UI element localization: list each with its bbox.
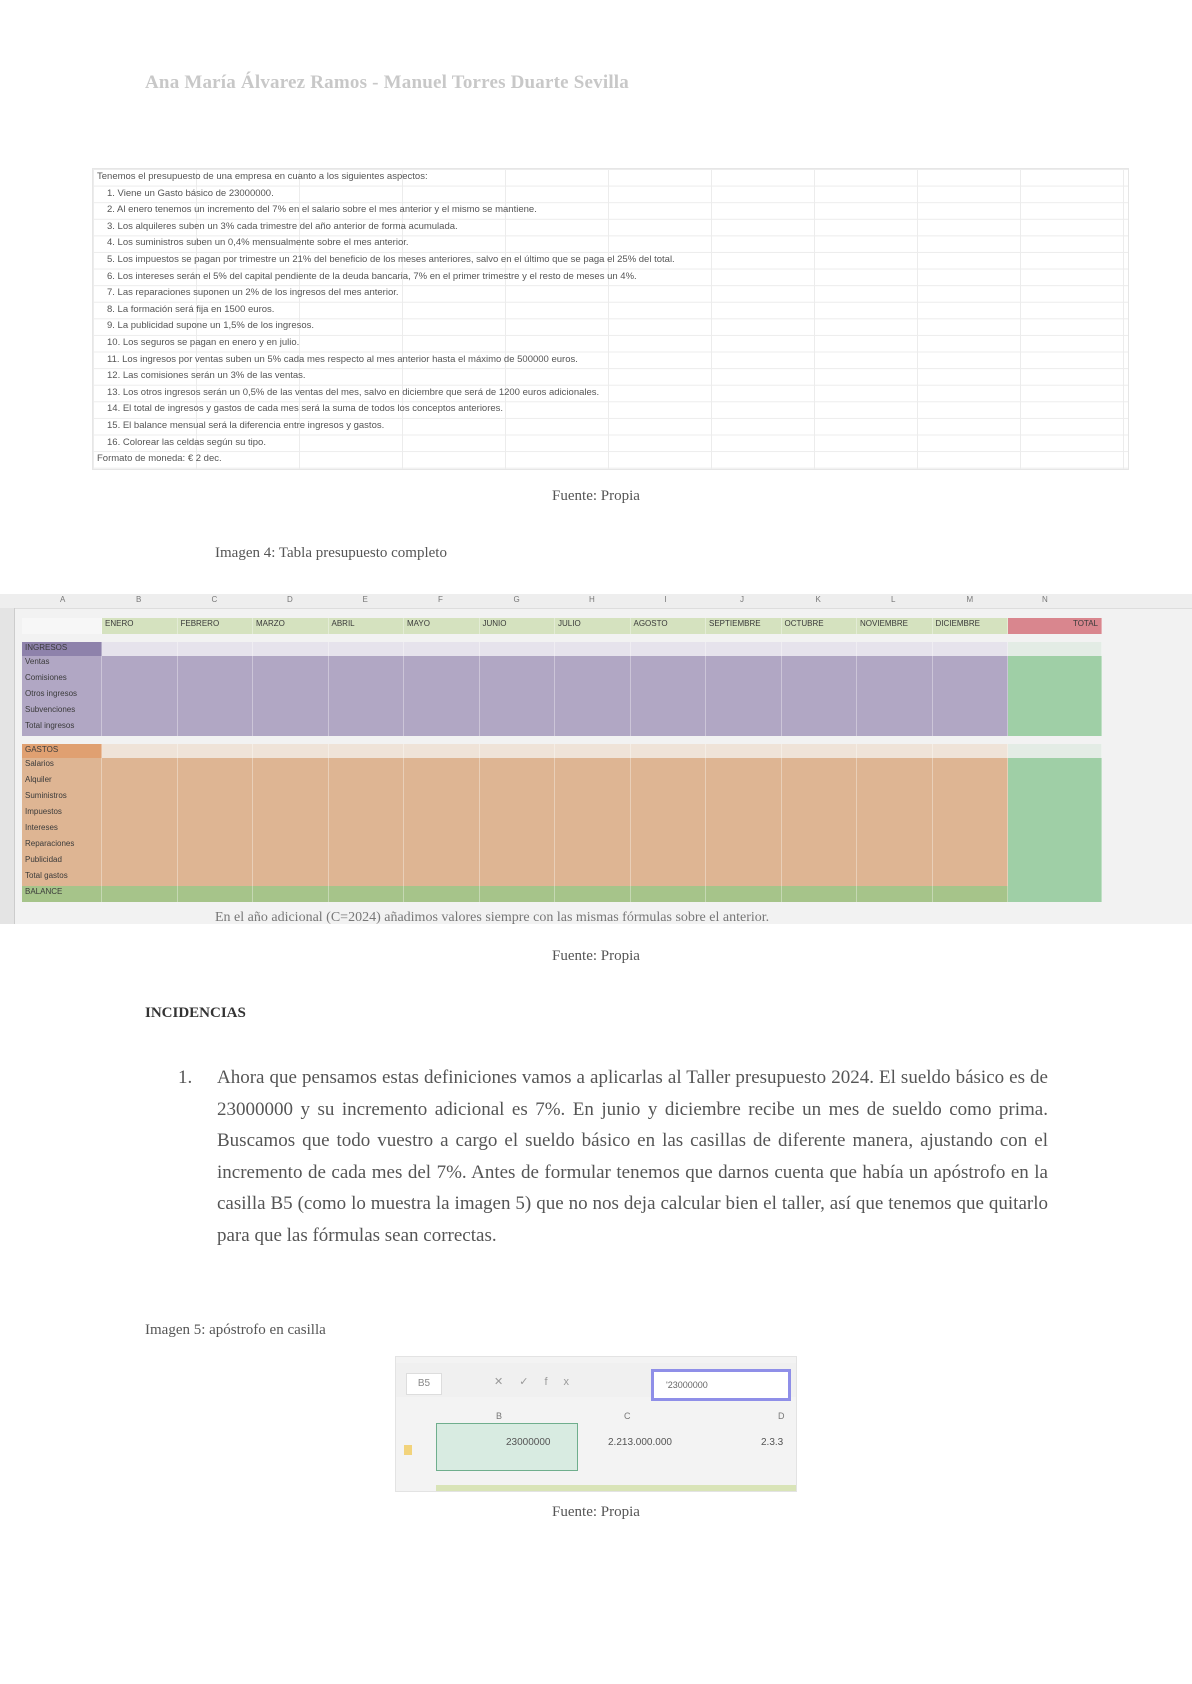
figure-source-caption: Fuente: Propia [0, 1504, 1192, 1521]
table-cell [178, 758, 254, 774]
table-cell [706, 790, 782, 806]
column-letter: K [816, 595, 821, 604]
table-cell [253, 656, 329, 672]
row-label: Reparaciones [22, 838, 102, 854]
table-cell [933, 774, 1009, 790]
table-cell [102, 656, 178, 672]
table-cell [253, 886, 329, 902]
table-cell [706, 656, 782, 672]
table-cell [178, 704, 254, 720]
table-cell [706, 886, 782, 902]
rule-line: 4. Los suministros suben un 0,4% mensual… [107, 237, 409, 249]
table-cell [555, 854, 631, 870]
rule-line: Formato de moneda: € 2 dec. [97, 453, 222, 465]
apostrophe-cell-screenshot: B5 ✕✓fx '23000000 B C D 23000000 2.213.0… [395, 1356, 797, 1492]
table-cell: DICIEMBRE [933, 618, 1009, 634]
table-cell [102, 854, 178, 870]
rule-line: 14. El total de ingresos y gastos de cad… [107, 403, 503, 415]
rule-line: 8. La formación será fija en 1500 euros. [107, 304, 274, 316]
row-label: Publicidad [22, 854, 102, 870]
figure-title: Imagen 4: Tabla presupuesto completo [215, 545, 447, 562]
table-cell [404, 720, 480, 736]
incidence-paragraph: Ahora que pensamos estas definiciones va… [217, 1062, 1048, 1251]
table-cell [631, 744, 707, 758]
table-cell [706, 704, 782, 720]
total-cell [1008, 758, 1102, 774]
table-cell [782, 672, 858, 688]
table-cell: FEBRERO [178, 618, 254, 634]
table-cell [178, 870, 254, 886]
rule-line: 12. Las comisiones serán un 3% de las ve… [107, 370, 306, 382]
table-cell [480, 790, 556, 806]
table-cell: SEPTIEMBRE [706, 618, 782, 634]
table-cell [404, 822, 480, 838]
table-cell [178, 642, 254, 656]
table-cell [631, 720, 707, 736]
table-cell [404, 656, 480, 672]
row-label: GASTOS [22, 744, 102, 758]
rule-line: 11. Los ingresos por ventas suben un 5% … [107, 354, 578, 366]
table-row: Salarios [22, 758, 1102, 774]
table-cell [329, 642, 405, 656]
table-cell [178, 806, 254, 822]
rule-line: 10. Los seguros se pagan en enero y en j… [107, 337, 299, 349]
row-label: Alquiler [22, 774, 102, 790]
total-cell: TOTAL [1008, 618, 1102, 634]
expense-header-row: GASTOS [22, 744, 1102, 758]
table-cell [480, 806, 556, 822]
table-cell [933, 688, 1009, 704]
column-letter: B [496, 1411, 502, 1421]
list-number: 1. [178, 1062, 192, 1094]
table-cell [857, 672, 933, 688]
table-cell [480, 758, 556, 774]
table-cell [404, 688, 480, 704]
table-cell [178, 672, 254, 688]
table-cell [933, 720, 1009, 736]
page-header-authors: Ana María Álvarez Ramos - Manuel Torres … [145, 72, 629, 94]
table-cell [329, 744, 405, 758]
table-cell [178, 720, 254, 736]
table-cell [404, 642, 480, 656]
table-cell [329, 704, 405, 720]
total-cell [1008, 870, 1102, 886]
column-letter: E [363, 595, 368, 604]
row-label: Suministros [22, 790, 102, 806]
table-cell [102, 704, 178, 720]
table-cell [857, 838, 933, 854]
table-cell [178, 822, 254, 838]
column-letter: D [778, 1411, 785, 1421]
table-cell [857, 704, 933, 720]
table-row: Alquiler [22, 774, 1102, 790]
table-cell [404, 854, 480, 870]
formula-input: '23000000 [651, 1369, 791, 1401]
table-cell [404, 870, 480, 886]
name-box: B5 [406, 1373, 442, 1395]
table-cell [178, 838, 254, 854]
total-cell [1008, 720, 1102, 736]
income-header-row: INGRESOS [22, 642, 1102, 656]
table-cell [102, 758, 178, 774]
table-cell [178, 774, 254, 790]
table-cell [555, 870, 631, 886]
table-cell [329, 656, 405, 672]
rule-line: 13. Los otros ingresos serán un 0,5% de … [107, 387, 599, 399]
table-cell [329, 838, 405, 854]
table-cell [555, 822, 631, 838]
table-row: Otros ingresos [22, 688, 1102, 704]
table-cell [782, 656, 858, 672]
total-cell [1008, 822, 1102, 838]
total-cell [1008, 838, 1102, 854]
total-cell [1008, 790, 1102, 806]
total-cell [1008, 854, 1102, 870]
table-cell [178, 790, 254, 806]
table-cell [404, 886, 480, 902]
table-cell [253, 672, 329, 688]
table-cell: MAYO [404, 618, 480, 634]
figure-title: Imagen 5: apóstrofo en casilla [145, 1322, 326, 1339]
row-label: Salarios [22, 758, 102, 774]
total-cell [1008, 704, 1102, 720]
table-cell [782, 886, 858, 902]
table-cell [631, 688, 707, 704]
rule-line: 5. Los impuestos se pagan por trimestre … [107, 254, 675, 266]
formula-icons: ✕✓fx [494, 1375, 585, 1388]
rule-line: 2. Al enero tenemos un incremento del 7%… [107, 204, 537, 216]
table-cell [782, 790, 858, 806]
total-cell [1008, 886, 1102, 902]
table-cell [857, 774, 933, 790]
warning-icon [404, 1445, 412, 1455]
balance-row: BALANCE [22, 886, 1102, 902]
column-letter: C [212, 595, 218, 604]
total-cell [1008, 656, 1102, 672]
table-cell [555, 688, 631, 704]
table-cell [631, 790, 707, 806]
table-cell [857, 758, 933, 774]
table-cell [782, 838, 858, 854]
table-cell [178, 656, 254, 672]
table-cell [706, 870, 782, 886]
table-cell [555, 774, 631, 790]
table-cell [555, 672, 631, 688]
rule-line: 15. El balance mensual será la diferenci… [107, 420, 384, 432]
table-cell [706, 838, 782, 854]
table-cell [857, 806, 933, 822]
cancel-icon: ✕ [494, 1376, 519, 1388]
total-cell [1008, 672, 1102, 688]
table-cell [933, 790, 1009, 806]
row-label: Subvenciones [22, 704, 102, 720]
table-cell [782, 704, 858, 720]
table-cell [555, 704, 631, 720]
row-label: Impuestos [22, 806, 102, 822]
table-cell [555, 838, 631, 854]
table-cell [480, 744, 556, 758]
table-cell: ENERO [102, 618, 178, 634]
table-cell [857, 854, 933, 870]
table-cell [706, 806, 782, 822]
table-cell [102, 886, 178, 902]
table-cell [782, 758, 858, 774]
table-cell [329, 806, 405, 822]
table-cell [857, 886, 933, 902]
table-cell [253, 854, 329, 870]
table-cell [329, 774, 405, 790]
table-cell [706, 672, 782, 688]
table-cell [933, 642, 1009, 656]
table-cell [857, 744, 933, 758]
table-cell [480, 704, 556, 720]
table-cell [480, 854, 556, 870]
row-label: INGRESOS [22, 642, 102, 656]
row-label: Ventas [22, 656, 102, 672]
table-cell [631, 870, 707, 886]
table-cell [933, 854, 1009, 870]
table-cell [404, 806, 480, 822]
table-cell [329, 886, 405, 902]
total-cell [1008, 688, 1102, 704]
table-cell [480, 720, 556, 736]
table-row: Comisiones [22, 672, 1102, 688]
table-cell [404, 790, 480, 806]
table-cell [782, 642, 858, 656]
table-cell [933, 822, 1009, 838]
table-cell [782, 854, 858, 870]
table-cell [933, 758, 1009, 774]
table-cell [933, 806, 1009, 822]
table-cell [555, 720, 631, 736]
table-cell [480, 656, 556, 672]
table-cell [480, 642, 556, 656]
table-cell [329, 790, 405, 806]
figure-source-caption: Fuente: Propia [0, 948, 1192, 965]
table-cell [253, 642, 329, 656]
column-letter: J [740, 595, 744, 604]
table-row: Intereses [22, 822, 1102, 838]
table-row: Reparaciones [22, 838, 1102, 854]
table-cell [329, 720, 405, 736]
table-cell [329, 822, 405, 838]
table-cell [178, 854, 254, 870]
table-cell [706, 688, 782, 704]
column-letter: N [1042, 595, 1048, 604]
table-cell [933, 838, 1009, 854]
column-letter: M [967, 595, 974, 604]
table-cell [631, 854, 707, 870]
table-row: Subvenciones [22, 704, 1102, 720]
table-cell [102, 806, 178, 822]
table-cell [631, 886, 707, 902]
table-cell [329, 758, 405, 774]
table-cell [329, 870, 405, 886]
table-cell [555, 790, 631, 806]
table-cell [480, 886, 556, 902]
column-letter: C [624, 1411, 631, 1421]
table-cell [253, 822, 329, 838]
table-cell [706, 720, 782, 736]
table-cell [857, 642, 933, 656]
total-cell [1008, 642, 1102, 656]
rule-line: 16. Colorear las celdas según su tipo. [107, 437, 266, 449]
table-cell [102, 790, 178, 806]
table-cell [480, 774, 556, 790]
table-cell [178, 744, 254, 758]
table-cell [178, 886, 254, 902]
header-strip [436, 1485, 796, 1491]
table-cell [253, 720, 329, 736]
table-cell [253, 744, 329, 758]
budget-spreadsheet-image: ABCDEFGHIJKLMN ENEROFEBREROMARZOABRILMAY… [0, 594, 1192, 924]
table-row: Total ingresos [22, 720, 1102, 736]
table-cell [933, 870, 1009, 886]
total-cell [1008, 744, 1102, 758]
table-cell [631, 806, 707, 822]
table-cell [329, 854, 405, 870]
row-number-gutter [0, 608, 15, 924]
formula-bar: B5 ✕✓fx '23000000 [396, 1363, 796, 1397]
table-row: Publicidad [22, 854, 1102, 870]
table-cell [631, 838, 707, 854]
function-icon: fx [544, 1376, 585, 1388]
table-cell [253, 704, 329, 720]
table-cell: OCTUBRE [782, 618, 858, 634]
table-cell [102, 688, 178, 704]
table-cell [253, 790, 329, 806]
table-cell [782, 822, 858, 838]
cell-value: 2.3.3 [761, 1437, 783, 1448]
month-header-row: ENEROFEBREROMARZOABRILMAYOJUNIOJULIOAGOS… [22, 618, 1102, 634]
table-cell [706, 642, 782, 656]
table-cell [782, 688, 858, 704]
cell-value: 2.213.000.000 [608, 1437, 672, 1448]
table-cell [631, 642, 707, 656]
table-cell [857, 790, 933, 806]
row-label [22, 618, 102, 634]
table-cell: JULIO [555, 618, 631, 634]
table-cell [631, 704, 707, 720]
table-cell [480, 688, 556, 704]
table-cell [102, 672, 178, 688]
table-cell [933, 656, 1009, 672]
table-cell [706, 774, 782, 790]
table-cell [404, 672, 480, 688]
confirm-icon: ✓ [519, 1376, 544, 1388]
table-cell: ABRIL [329, 618, 405, 634]
column-letter: I [665, 595, 667, 604]
table-cell [253, 806, 329, 822]
table-cell [329, 672, 405, 688]
table-cell [857, 656, 933, 672]
table-cell: MARZO [253, 618, 329, 634]
table-row: Total gastos [22, 870, 1102, 886]
table-cell: NOVIEMBRE [857, 618, 933, 634]
table-cell [631, 672, 707, 688]
column-letter: H [589, 595, 595, 604]
table-cell [782, 870, 858, 886]
row-label: Comisiones [22, 672, 102, 688]
column-letter: D [287, 595, 293, 604]
table-cell: JUNIO [480, 618, 556, 634]
table-cell [782, 744, 858, 758]
table-cell [706, 744, 782, 758]
table-cell [480, 822, 556, 838]
table-cell [857, 720, 933, 736]
column-letter: L [891, 595, 895, 604]
table-cell [555, 886, 631, 902]
table-cell [480, 838, 556, 854]
table-cell [253, 774, 329, 790]
table-cell [706, 854, 782, 870]
cell-value: 23000000 [506, 1437, 551, 1448]
table-cell [857, 688, 933, 704]
table-cell [102, 774, 178, 790]
table-cell [631, 774, 707, 790]
incidence-item: 1. Ahora que pensamos estas definiciones… [178, 1062, 1048, 1251]
table-cell [480, 672, 556, 688]
table-cell [102, 838, 178, 854]
row-label: Total gastos [22, 870, 102, 886]
table-cell [933, 744, 1009, 758]
rule-line: 1. Viene un Gasto básico de 23000000. [107, 188, 274, 200]
table-cell [253, 838, 329, 854]
table-cell [782, 806, 858, 822]
table-cell: AGOSTO [631, 618, 707, 634]
table-cell [782, 720, 858, 736]
total-cell [1008, 806, 1102, 822]
column-letter: F [438, 595, 443, 604]
table-cell [102, 720, 178, 736]
table-cell [933, 704, 1009, 720]
table-cell [706, 758, 782, 774]
table-cell [404, 774, 480, 790]
table-cell [253, 870, 329, 886]
table-cell [555, 642, 631, 656]
row-label: Intereses [22, 822, 102, 838]
table-cell [404, 744, 480, 758]
spreadsheet-note: En el año adicional (C=2024) añadimos va… [215, 910, 769, 926]
table-cell [555, 806, 631, 822]
table-cell [555, 744, 631, 758]
table-cell [102, 744, 178, 758]
table-cell [102, 642, 178, 656]
rule-line: Tenemos el presupuesto de una empresa en… [97, 171, 428, 183]
column-letter: A [60, 595, 65, 604]
table-cell [555, 758, 631, 774]
table-cell [631, 822, 707, 838]
table-cell [933, 672, 1009, 688]
total-cell [1008, 774, 1102, 790]
table-cell [857, 822, 933, 838]
rules-spreadsheet-image: Tenemos el presupuesto de una empresa en… [92, 168, 1129, 470]
table-cell [480, 870, 556, 886]
column-header-bar: ABCDEFGHIJKLMN [0, 594, 1192, 609]
table-cell [329, 688, 405, 704]
table-cell [706, 822, 782, 838]
table-cell [253, 758, 329, 774]
row-label: Total ingresos [22, 720, 102, 736]
rule-line: 9. La publicidad supone un 1,5% de los i… [107, 320, 314, 332]
table-cell [631, 758, 707, 774]
table-row: Impuestos [22, 806, 1102, 822]
table-row: Ventas [22, 656, 1102, 672]
table-cell [631, 656, 707, 672]
rule-line: 7. Las reparaciones suponen un 2% de los… [107, 287, 399, 299]
table-cell [857, 870, 933, 886]
table-cell [102, 870, 178, 886]
